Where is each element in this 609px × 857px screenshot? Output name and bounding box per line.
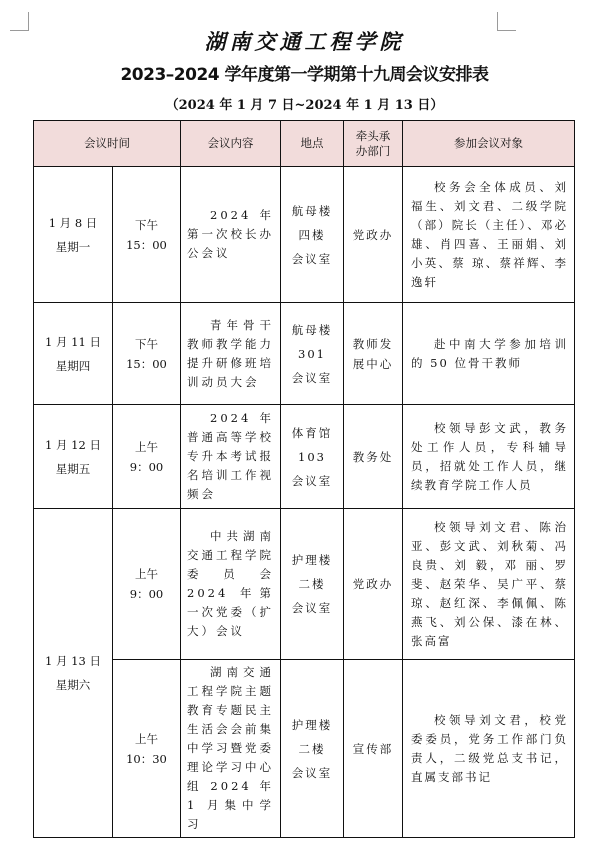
table-row: 上午 10：30 湖南交通工程学院主题教育专题民主生活会会前集中学习暨党委理论学… <box>34 660 575 838</box>
content-cell: 湖南交通工程学院主题教育专题民主生活会会前集中学习暨党委理论学习中心组 2024… <box>181 660 281 838</box>
meeting-schedule-table: 会议时间 会议内容 地点 牵头承办部门 参加会议对象 1 月 8 日 星期一 下… <box>33 120 575 838</box>
location-cell: 航母楼 301 会议室 <box>281 303 344 405</box>
weekday: 星期一 <box>34 235 112 259</box>
department-cell: 宣传部 <box>344 660 403 838</box>
department-cell: 教务处 <box>344 405 403 509</box>
weekday: 星期四 <box>34 354 112 378</box>
period: 上午 <box>113 437 180 457</box>
period: 上午 <box>113 564 180 584</box>
period: 下午 <box>113 334 180 354</box>
department-cell: 党政办 <box>344 509 403 660</box>
date: 1 月 13 日 <box>34 649 112 673</box>
attendees-cell: 校领导刘文君、陈治亚、彭文武、刘秋菊、冯良贵、刘 毅，邓 丽、罗 斐、赵荣华、吴… <box>403 509 575 660</box>
date: 1 月 11 日 <box>34 330 112 354</box>
date: 1 月 12 日 <box>34 433 112 457</box>
header-time: 会议时间 <box>34 121 181 167</box>
department-cell: 教师发 展中心 <box>344 303 403 405</box>
period: 上午 <box>113 729 180 749</box>
time-cell: 上午 9：00 <box>113 509 181 660</box>
date-cell: 1 月 11 日 星期四 <box>34 303 113 405</box>
time-cell: 下午 15：00 <box>113 167 181 303</box>
date-cell: 1 月 12 日 星期五 <box>34 405 113 509</box>
table-header-row: 会议时间 会议内容 地点 牵头承办部门 参加会议对象 <box>34 121 575 167</box>
date-range: （2024 年 1 月 7 日~2024 年 1 月 13 日） <box>0 94 609 113</box>
date-cell: 1 月 13 日 星期六 <box>34 509 113 838</box>
time: 9：00 <box>113 457 180 477</box>
header-content: 会议内容 <box>181 121 281 167</box>
weekday: 星期五 <box>34 457 112 481</box>
date-cell: 1 月 8 日 星期一 <box>34 167 113 303</box>
table-row: 1 月 13 日 星期六 上午 9：00 中共湖南交通工程学院委员会 2024 … <box>34 509 575 660</box>
time: 9：00 <box>113 584 180 604</box>
time: 15：00 <box>113 235 180 255</box>
attendees-cell: 校领导彭文武，教务处工作人员，专科辅导员，招就处工作人员，继续教育学院工作人员 <box>403 405 575 509</box>
date: 1 月 8 日 <box>34 211 112 235</box>
time-cell: 上午 9：00 <box>113 405 181 509</box>
time: 15：00 <box>113 354 180 374</box>
content-cell: 2024 年第一次校长办公会议 <box>181 167 281 303</box>
table-row: 1 月 11 日 星期四 下午 15：00 青年骨干教师教学能力提升研修班培训动… <box>34 303 575 405</box>
content-cell: 青年骨干教师教学能力提升研修班培训动员大会 <box>181 303 281 405</box>
attendees-cell: 校务会全体成员、刘福生、刘文君、二级学院（部）院长（主任）、邓必雄、肖四喜、王丽… <box>403 167 575 303</box>
location-cell: 护理楼 二楼 会议室 <box>281 660 344 838</box>
time: 10：30 <box>113 749 180 769</box>
time-cell: 下午 15：00 <box>113 303 181 405</box>
content-cell: 中共湖南交通工程学院委员会 2024 年第一次党委（扩大）会议 <box>181 509 281 660</box>
attendees-cell: 校领导刘文君，校党委委员，党务工作部门负责人，二级党总支书记，直属支部书记 <box>403 660 575 838</box>
document-title: 2023–2024 学年度第一学期第十九周会议安排表 <box>0 60 609 85</box>
weekday: 星期六 <box>34 673 112 697</box>
header-attendees: 参加会议对象 <box>403 121 575 167</box>
content-cell: 2024 年普通高等学校专升本考试报名培训工作视频会 <box>181 405 281 509</box>
period: 下午 <box>113 215 180 235</box>
location-cell: 航母楼 四楼 会议室 <box>281 167 344 303</box>
department-cell: 党政办 <box>344 167 403 303</box>
header-location: 地点 <box>281 121 344 167</box>
attendees-cell: 赴中南大学参加培训的 50 位骨干教师 <box>403 303 575 405</box>
location-cell: 体育馆 103 会议室 <box>281 405 344 509</box>
time-cell: 上午 10：30 <box>113 660 181 838</box>
table-row: 1 月 8 日 星期一 下午 15：00 2024 年第一次校长办公会议 航母楼… <box>34 167 575 303</box>
table-row: 1 月 12 日 星期五 上午 9：00 2024 年普通高等学校专升本考试报名… <box>34 405 575 509</box>
header-department: 牵头承办部门 <box>344 121 403 167</box>
school-name: 湖南交通工程学院 <box>0 26 609 56</box>
location-cell: 护理楼 二楼 会议室 <box>281 509 344 660</box>
